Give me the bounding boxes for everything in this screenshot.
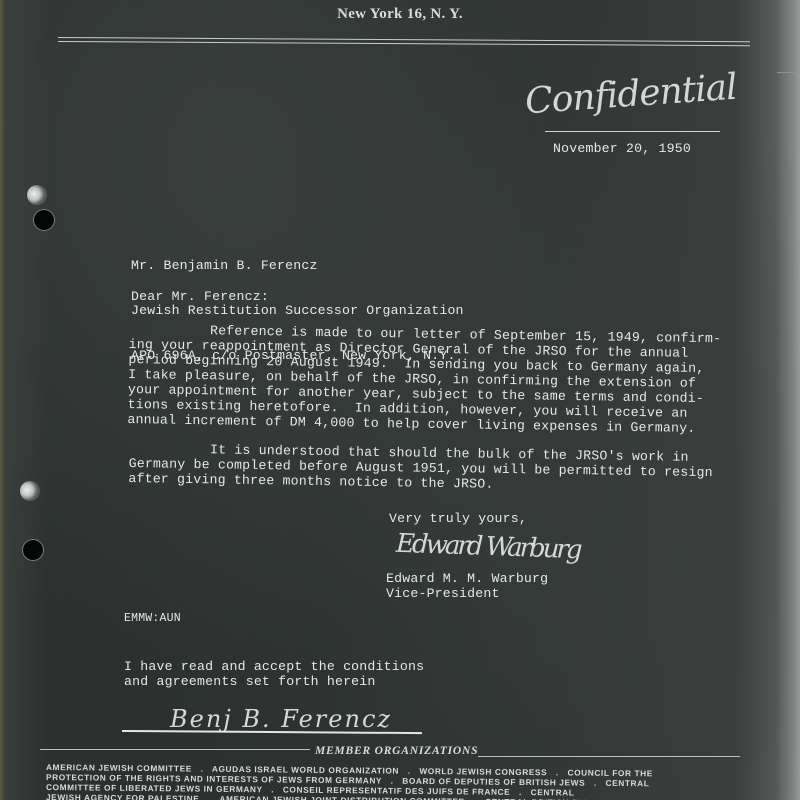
- salutation: Dear Mr. Ferencz:: [131, 289, 269, 304]
- scan-artifact: [777, 72, 795, 73]
- complimentary-close: Very truly yours,: [389, 511, 527, 526]
- acceptance-statement: I have read and accept the conditions an…: [124, 659, 424, 689]
- punch-hole-icon: [23, 540, 43, 560]
- letter-date: November 20, 1950: [553, 141, 691, 156]
- confidential-underline: [545, 131, 720, 132]
- punch-hole-reinforced-icon: [27, 185, 47, 205]
- footer-rule-right: [478, 756, 740, 757]
- ferencz-signature: Benj B. Ferencz: [170, 705, 392, 733]
- page-right-edge: [776, 0, 800, 800]
- confidential-handwritten-note: Confidential: [524, 67, 738, 123]
- recipient-name: Mr. Benjamin B. Ferencz: [131, 258, 464, 273]
- footer-rule-left: [40, 749, 310, 750]
- punch-hole-icon: [34, 210, 54, 230]
- letterhead-city: New York 16, N. Y.: [0, 6, 800, 23]
- warburg-signature: Edward Warburg: [396, 529, 581, 565]
- punch-hole-reinforced-icon: [20, 481, 40, 501]
- page-left-edge: [0, 0, 10, 800]
- recipient-organization: Jewish Restitution Successor Organizatio…: [131, 303, 464, 318]
- footer-title: MEMBER ORGANIZATIONS: [315, 745, 478, 757]
- reference-initials: EMMW:AUN: [124, 611, 181, 626]
- letterhead-rule-bottom: [58, 41, 750, 46]
- body-paragraph-1: Reference is made to our letter of Septe…: [127, 322, 721, 436]
- signatory-name-title: Edward M. M. Warburg Vice-President: [386, 571, 548, 601]
- body-paragraph-2: It is understood that should the bulk of…: [128, 441, 713, 495]
